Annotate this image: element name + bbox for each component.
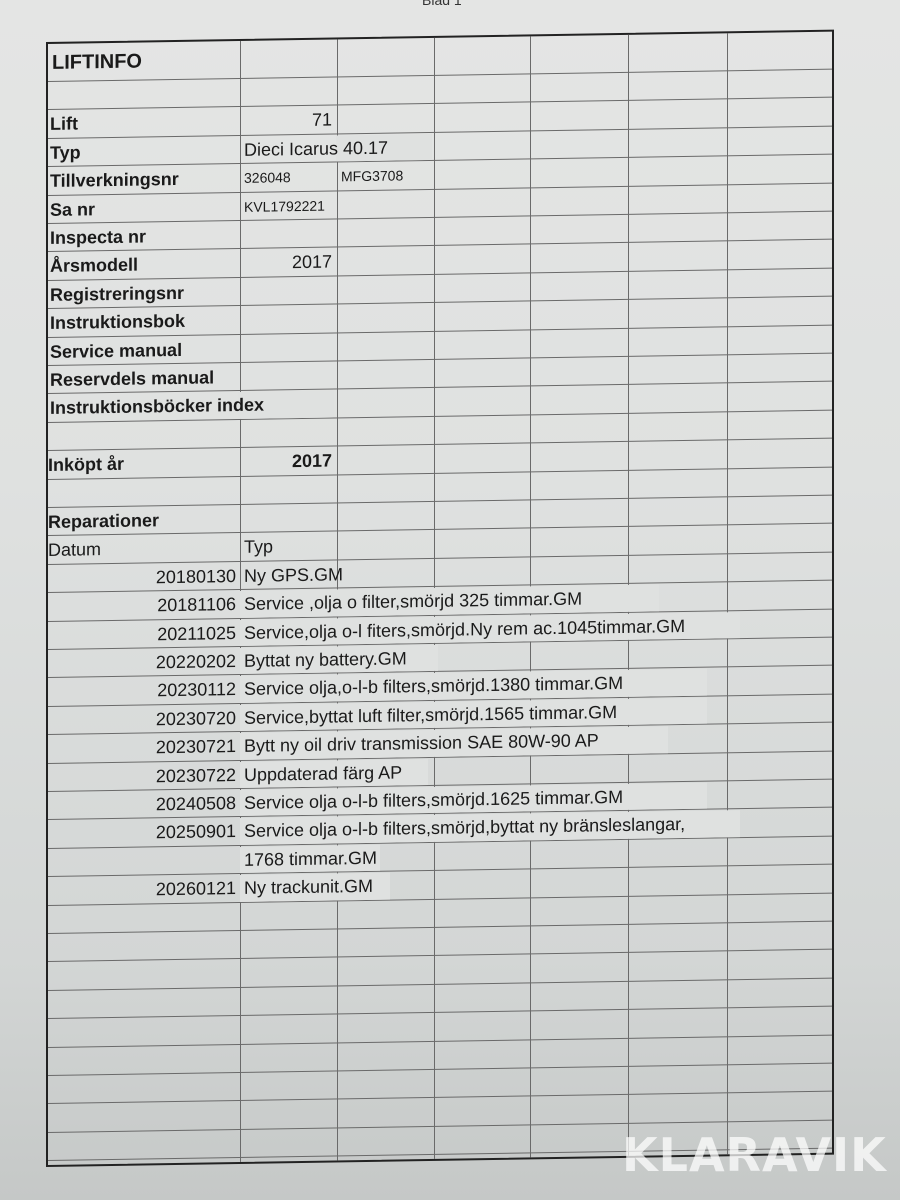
- field-label: Instruktionsbok: [50, 307, 185, 338]
- sheet-label: Blad 1: [422, 0, 462, 8]
- repair-date: 20220202: [48, 647, 236, 678]
- field-label: Instruktionsböcker index: [50, 391, 264, 423]
- field-label: Tillverkningsnr: [50, 165, 179, 195]
- field-label: Lift: [50, 110, 78, 139]
- field-label: Årsmodell: [50, 251, 138, 281]
- purchase-year-value: 2017: [240, 447, 332, 477]
- field-label: Reservdels manual: [50, 363, 214, 394]
- field-label: Sa nr: [50, 195, 95, 224]
- field-value-secondary: MFG3708: [341, 162, 403, 191]
- field-value: Dieci Icarus 40.17: [244, 133, 388, 164]
- repairs-heading: Reparationer: [48, 506, 159, 536]
- column-header-date: Datum: [48, 536, 101, 565]
- column-header-type: Typ: [244, 533, 273, 562]
- repair-date: 20240508: [48, 789, 236, 820]
- repair-description: Byttat ny battery.GM: [244, 644, 407, 675]
- liftinfo-table: LIFTINFOLift71TypDieci Icarus 40.17Tillv…: [46, 30, 834, 1167]
- page-title: LIFTINFO: [52, 42, 142, 81]
- field-label: Inspecta nr: [50, 222, 146, 252]
- repair-date: 20250901: [48, 817, 236, 848]
- purchase-year-label: Inköpt år: [48, 450, 124, 480]
- klaravik-watermark: KLARAVIK: [622, 1128, 887, 1182]
- repair-date: 20180130: [48, 562, 236, 593]
- repair-description: 1768 timmar.GM: [244, 844, 377, 874]
- repair-description: Uppdaterad färg AP: [244, 758, 402, 789]
- field-value: 326048: [244, 163, 291, 192]
- field-value: 71: [240, 106, 332, 136]
- field-label: Typ: [50, 138, 81, 167]
- repair-date: 20260121: [48, 874, 236, 905]
- repair-date: 20230720: [48, 704, 236, 735]
- repair-date: 20181106: [48, 590, 236, 621]
- field-value: KVL1792221: [244, 191, 325, 221]
- repair-date: 20230112: [48, 675, 236, 706]
- field-label: Registreringsnr: [50, 279, 184, 310]
- field-value: 2017: [240, 248, 332, 278]
- repair-description: Ny trackunit.GM: [244, 872, 373, 902]
- repair-date: 20211025: [48, 619, 236, 650]
- field-label: Service manual: [50, 335, 182, 365]
- repair-date: 20230722: [48, 761, 236, 792]
- repair-description: Ny GPS.GM: [244, 560, 343, 590]
- repair-date: 20230721: [48, 732, 236, 763]
